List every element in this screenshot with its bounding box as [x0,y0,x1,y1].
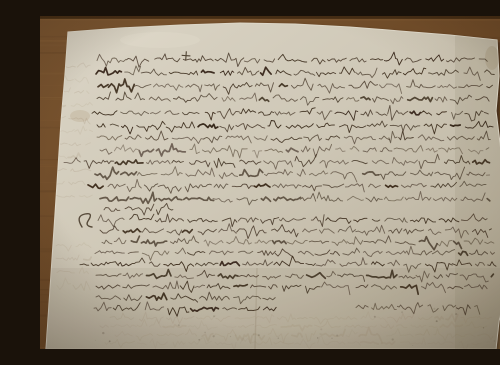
photo-vignette [40,16,500,349]
photo-canvas: + [40,16,500,349]
manuscript-photograph: Photograph of an early-modern manuscript… [40,16,500,349]
